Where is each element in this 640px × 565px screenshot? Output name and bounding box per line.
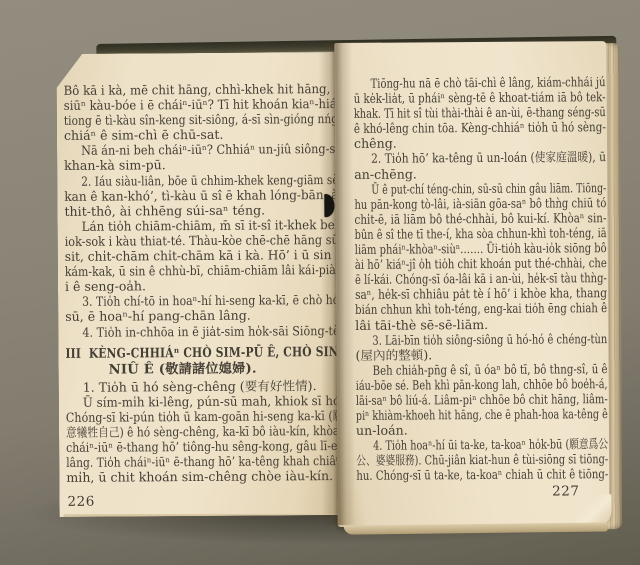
text-line: bián chhun khì toh-téng, eng-kai tio̍h ē… <box>355 301 607 318</box>
text-line: tiong ē tì-kàu sîn-keng sit-siông, á-sī … <box>64 111 342 128</box>
text-line: ê khó-lêng chin tōa. Kèng-chhiáⁿ tio̍h ū… <box>354 119 606 136</box>
text-line: 3. Lāi-bīn tio̍h siông-siông ū hó-hó ê c… <box>355 331 607 348</box>
book-gutter-shadow <box>318 43 355 525</box>
text-line: piⁿ khiàm-khoeh hit hāng, che ē phah-hoa… <box>356 406 608 423</box>
text-line: mi̍h, ū chit khoán sim-chêng chòe iàu-kí… <box>66 468 344 485</box>
right-page-bottom-edge <box>344 522 608 534</box>
open-book: Bô kā i kà, mē chit hāng, chhì-khek hit … <box>54 36 621 540</box>
text-line: liām pháiⁿ-khòaⁿ-siùⁿ……. Ūi-tio̍h kàu-io… <box>355 240 607 257</box>
text-line: chi̍t-ē, iā liām bô thé-chhài, bô kui-kí… <box>354 210 606 227</box>
text-line: 2. Tio̍h hō’ ka-têng ū un-loán (使家庭溫暖), … <box>354 150 606 167</box>
text-line: ū ke̍k-lia̍t, ū pháiⁿ sèng-tē ê khoat-ti… <box>354 89 606 106</box>
photo-background: Bô kā i kà, mē chit hāng, chhì-khek hit … <box>0 0 640 565</box>
text-line: Tiōng-hu nā ē chò tāi-chì ê lâng, kiám-c… <box>354 74 606 91</box>
text-line: bûn ê sî the tī the-í, kha sòa chhun-khì… <box>355 225 607 242</box>
text-line: ē lí-kái. Chóng-sī óa-lâi kā i an-ùi, he… <box>355 270 607 287</box>
text-line: 4. Tio̍h in-chhōa in ē jia̍t-sim ho̍k-sā… <box>65 322 343 339</box>
text-line: kám-kak, ū sin ê chhù-bī, chiām-chiām lâ… <box>65 262 343 279</box>
text-line: 4. Tio̍h hoaⁿ-hí ūi ta-ke, ta-koaⁿ ho̍k-… <box>356 436 608 453</box>
left-page-bottom-edge <box>64 514 339 523</box>
text-line: lâi tāi-thè sē-sē-liām. <box>355 316 607 333</box>
book-page-right: Tiōng-hu nā ē chò tāi-chì ê lâng, kiám-c… <box>334 41 609 527</box>
text-line: NIÛ Ê (敬請諸位媳婦). <box>66 361 344 378</box>
text-line: Ū ê put-chí téng-chin, sū-sū chin gâu li… <box>354 180 606 197</box>
text-line: kan ê kan-khó’, tì-kàu ū sî ē khah lóng-… <box>64 187 342 204</box>
text-line: an-chēng. <box>354 165 606 182</box>
text-line: hu pān-kong tò-lâi, ià-siān gōa-saⁿ bô t… <box>354 195 606 212</box>
text-line: iáu-bōe sé. Beh khì pān-kong lah, chhōe … <box>356 376 608 393</box>
text-line: (屋內的整頓). <box>355 346 607 363</box>
text-line: chêng. <box>354 135 606 152</box>
right-page-text: Tiōng-hu nā ē chò tāi-chì ê lâng, kiám-c… <box>354 74 609 483</box>
text-line: III KÈNG-CHHIÁⁿ CHÒ SIM-PŪ Ê, CHÒ SIN- <box>65 345 343 362</box>
book-page-left: Bô kā i kà, mē chit hāng, chhì-khek hit … <box>56 52 337 517</box>
text-line: Beh chia̍h-pn̄g ê sî, ū óaⁿ bô tī, bô th… <box>356 361 608 378</box>
text-line: saⁿ, he̍k-sī chhiâu pa̍t tè í hō’ i khòe… <box>355 285 607 302</box>
text-line: 公、婆婆服務). Chū-jiân kiat-hun ê tùi-siōng s… <box>356 451 608 468</box>
text-line: un-loán. <box>356 421 608 438</box>
left-page-text: Bô kā i kà, mē chit hāng, chhì-khek hit … <box>64 81 345 485</box>
text-line: 3. Tio̍h chí-tō in hoaⁿ-hí hi-seng ka-kī… <box>65 292 343 309</box>
text-line: lāi-saⁿ bô liú-á. Liâm-piⁿ chhōe bô chit… <box>356 391 608 408</box>
left-page-number: 226 <box>67 494 94 510</box>
text-line: hu. Chóng-sī ū ta-ke, ta-koaⁿ chiah ū ch… <box>356 467 608 484</box>
text-line: ài hō’ kiáⁿ-jî o̍h tio̍h chit khoán put … <box>355 255 607 272</box>
text-line: khak. Tī hit sî tùi thài-thài ê an-ùi, ē… <box>354 104 606 121</box>
text-line: Nā án-ni beh cháiⁿ-iūⁿ? Chhiáⁿ un-jiû si… <box>64 141 342 158</box>
